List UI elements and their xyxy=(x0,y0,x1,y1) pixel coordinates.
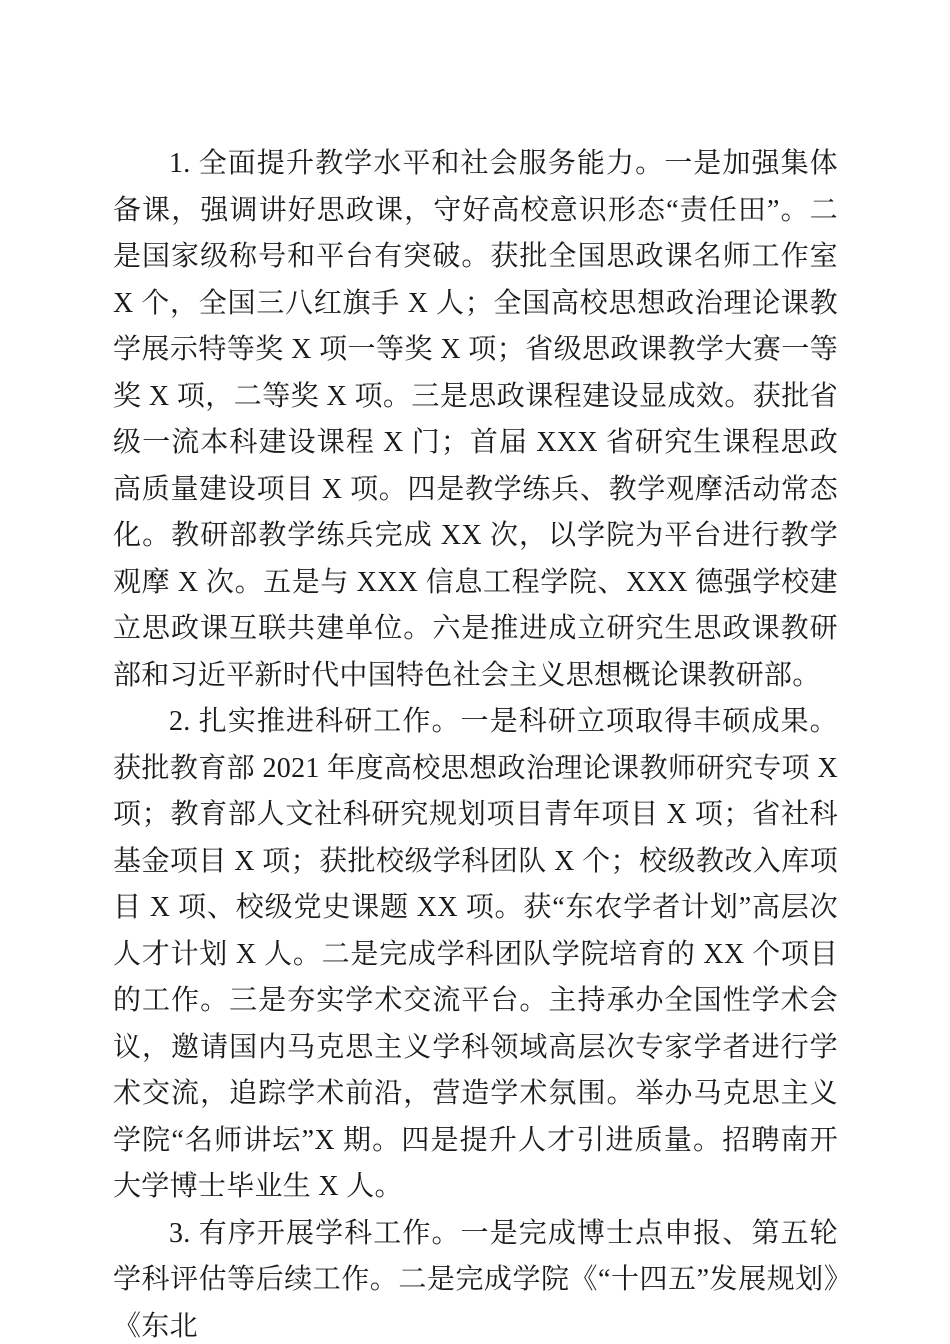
document-page: 1. 全面提升教学水平和社会服务能力。一是加强集体备课，强调讲好思政课，守好高校… xyxy=(0,0,950,1344)
paragraph-research-work: 2. 扎实推进科研工作。一是科研立项取得丰硕成果。获批教育部 2021 年度高校… xyxy=(113,699,838,1211)
paragraph-discipline-work: 3. 有序开展学科工作。一是完成博士点申报、第五轮学科评估等后续工作。二是完成学… xyxy=(113,1211,838,1344)
paragraph-teaching-improvement: 1. 全面提升教学水平和社会服务能力。一是加强集体备课，强调讲好思政课，守好高校… xyxy=(113,141,838,699)
